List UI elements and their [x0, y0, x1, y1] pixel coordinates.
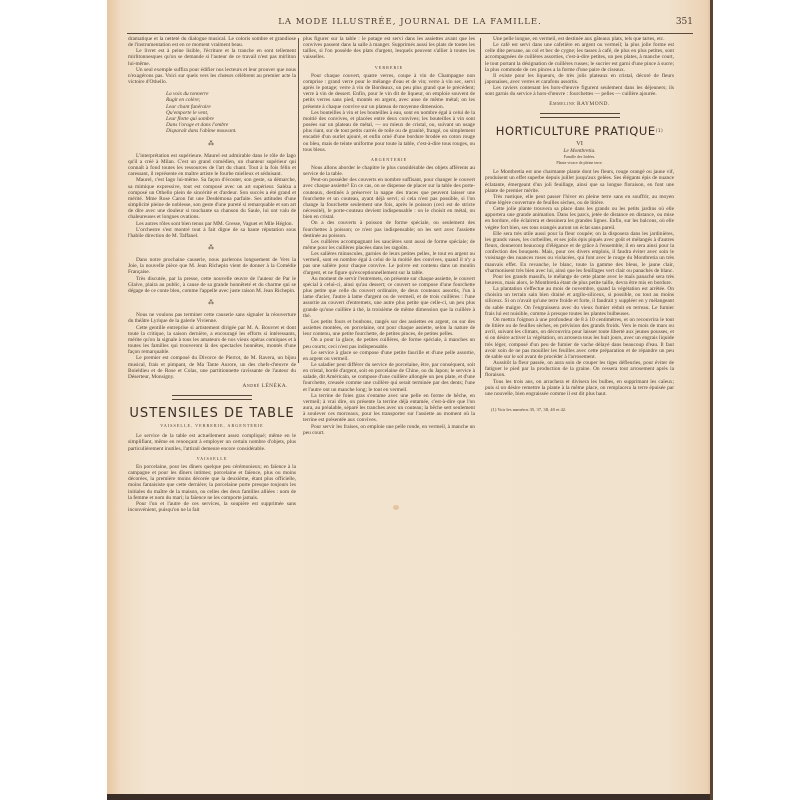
paragraph: Le premier est composé du Divorce de Pie… [128, 355, 296, 380]
author-signature: Emmeline RAYMOND. [485, 101, 674, 107]
paragraph: Le service de la table est actuellement … [128, 433, 296, 451]
paragraph: plus figurer sur la table : le potage es… [303, 36, 475, 61]
paragraph: Maurel, c'est Iago lui-même. Sa façon d'… [128, 177, 296, 220]
column-divider-2 [480, 38, 481, 378]
paragraph: Pour servir les fraises, on emploie une … [303, 424, 475, 436]
paragraph: dramatique et la netteté du dialogue mus… [128, 36, 296, 48]
paragraph: Les cuillères accompagnant les saucières… [303, 239, 475, 251]
article-subtitle: VAISSELLE, VERRERIE, ARGENTERIE [128, 423, 296, 429]
paragraph: Le livret est à peine lisible, l'écritur… [128, 48, 296, 66]
paragraph: La terrine de foies gras s'entame avec u… [303, 393, 475, 424]
asterism-divider: ⁂ [128, 141, 296, 147]
paragraph: Dans notre prochaine causerie, nous parl… [128, 257, 296, 275]
column-2: plus figurer sur la table : le potage es… [303, 36, 475, 436]
page-number: 351 [676, 17, 693, 27]
paragraph: Les bouteilles à vin et les bouteilles à… [303, 110, 475, 153]
paragraph: On mettra l'oignon à une profondeur de 8… [485, 317, 674, 360]
section-heading: ARGENTERIE [303, 157, 475, 163]
section-ornament [540, 113, 620, 118]
paper-stain [393, 505, 399, 510]
column-3: Une pelle longue, en vermeil, est destin… [485, 36, 674, 413]
running-header: LA MODE ILLUSTRÉE, JOURNAL DE LA FAMILLE… [127, 17, 693, 31]
paragraph: Nous ne voulons pas terminer cette cause… [128, 312, 296, 324]
paragraph: Les petits fours et bonbons, rangés sur … [303, 319, 475, 337]
paragraph: Les salières minuscules, garnies de leur… [303, 251, 475, 276]
paragraph: Le Montbretia est une charmante plante d… [485, 169, 674, 194]
section-ornament [172, 395, 252, 400]
paragraph: En porcelaine, pour les dîners quelque p… [128, 464, 296, 501]
paragraph: La plantation s'effectue au mois de nove… [485, 286, 674, 317]
paragraph: Pour l'un et l'autre de ces services, la… [128, 501, 296, 513]
paragraph: On a des couverts à poisson de forme spé… [303, 220, 475, 238]
article-title: USTENSILES DE TABLE [128, 406, 296, 421]
article-title: HORTICULTURE PRATIQUE(1) [485, 124, 674, 138]
section-heading: VAISSELLE [128, 456, 296, 462]
paragraph: L'interprétation est supérieure. Maurel … [128, 153, 296, 178]
paragraph: Nous allons aborder le chapitre le plus … [303, 165, 475, 177]
paragraph: Tous les trois ans, on arrachera et divi… [485, 379, 674, 397]
paragraph: Les autres rôles sont bien tenus par MM.… [128, 221, 296, 227]
paragraph: Cette jolie plante trouvera sa place dan… [485, 206, 674, 231]
footnote: (1) Voir les numéros 35, 37, 38, 40 et 4… [485, 407, 674, 413]
paragraph: Le café est servi dans une cafetière en … [485, 42, 674, 73]
footnote-marker: (1) [656, 128, 663, 133]
paragraph: Le service à glace se compose d'une peti… [303, 350, 475, 362]
paragraph: Aussitôt la fleur passée, on aura soin d… [485, 360, 674, 378]
column-1: dramatique et la netteté du dialogue mus… [128, 36, 296, 513]
paragraph: Très discutée, par la presse, cette nouv… [128, 276, 296, 294]
paragraph: Un seul exemple suffira pour édifier nos… [128, 67, 296, 85]
paragraph: Peut-on posséder des couverts en nombre … [303, 177, 475, 220]
article-title-text: HORTICULTURE PRATIQUE [496, 124, 656, 138]
verse-line: Disparaît dans l'abîme mouvant. [166, 128, 296, 134]
asterism-divider: ⁂ [128, 300, 296, 306]
verse-quote: La voix du tonnerre Rugit en colère; Leu… [166, 91, 296, 134]
journal-title: LA MODE ILLUSTRÉE, JOURNAL DE LA FAMILLE… [127, 17, 693, 27]
paragraph: Pour chaque couvert, quatre verres, coup… [303, 73, 475, 110]
column-divider-1 [298, 38, 299, 363]
section-heading: VERRERIE [303, 65, 475, 71]
paragraph: Les raviers contenant les hors-d'œuvre f… [485, 85, 674, 97]
paragraph: Elle sera très utile aussi pour la fleur… [485, 231, 674, 274]
asterism-divider: ⁂ [128, 245, 296, 251]
author-signature: André LÉNÉKA. [128, 383, 288, 389]
paragraph: On a pour la glace, de petites cuillères… [303, 337, 475, 349]
magazine-page: LA MODE ILLUSTRÉE, JOURNAL DE LA FAMILLE… [107, 0, 713, 800]
chapter-number: VI [485, 140, 674, 148]
paragraph: Cette gentille entreprise si artistement… [128, 325, 296, 356]
paragraph: Très rustique, elle peut passer l'hiver … [485, 194, 674, 206]
plant-type: Plante vivace de pleine terre. [485, 160, 674, 166]
paragraph: Il existe pour les liqueurs, de très jol… [485, 73, 674, 85]
paragraph: L'orchestre s'est montré tout à fait dig… [128, 227, 296, 239]
paragraph: Le saladier peut différer du service de … [303, 362, 475, 393]
paragraph: Pour les grands massifs, le mélange de c… [485, 274, 674, 286]
header-rule [127, 33, 693, 34]
paragraph: Au moment de servir l'entremets, on prés… [303, 276, 475, 319]
